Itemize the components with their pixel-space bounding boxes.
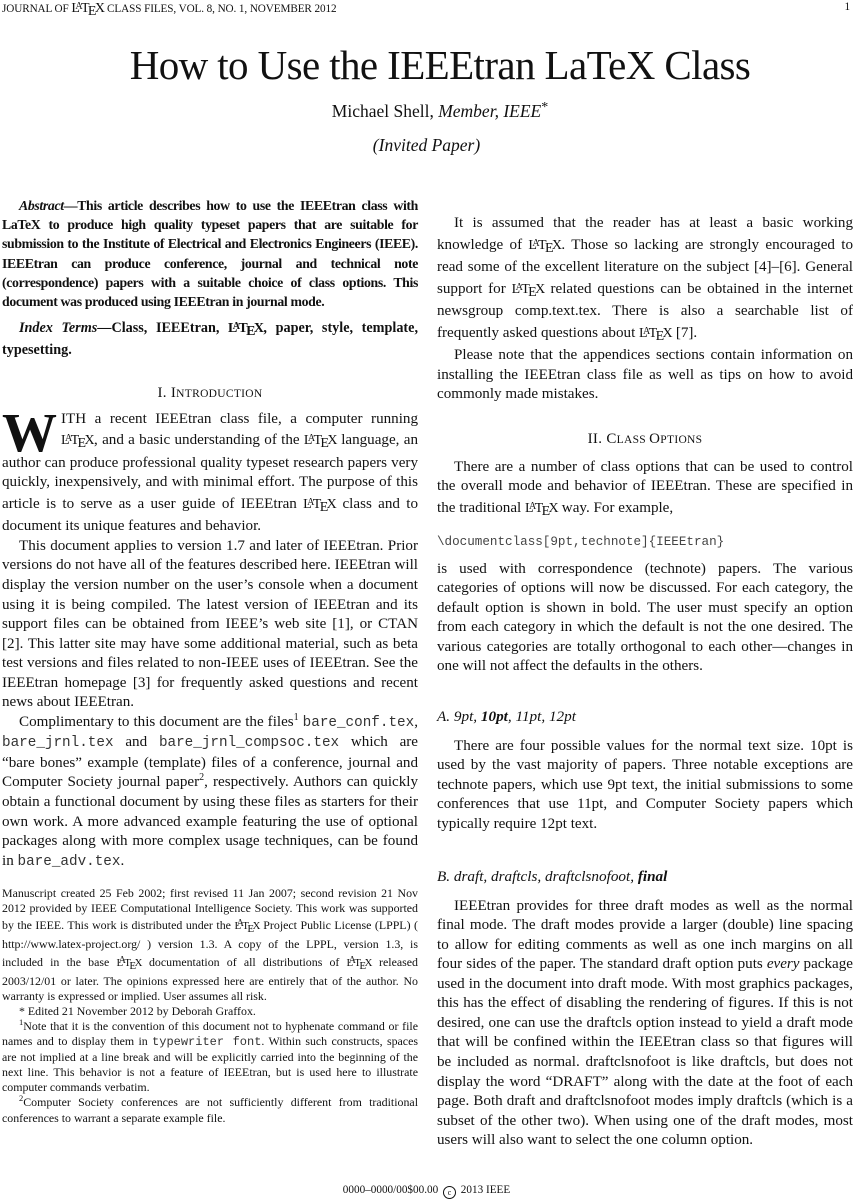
- filename: bare_jrnl.tex: [2, 735, 114, 751]
- running-head: JOURNAL OF LATEX CLASS FILES, VOL. 8, NO…: [0, 0, 853, 14]
- class-options-paragraph-2: is used with correspondence (technote) p…: [437, 560, 853, 677]
- page-number: 1: [845, 0, 851, 14]
- index-terms: Index Terms—Class, IEEEtran, LATEX, pape…: [2, 317, 418, 360]
- abstract-text: This article describes how to use the IE…: [2, 198, 418, 309]
- footer-code: 0000–0000/00$00.00: [343, 1184, 441, 1196]
- invited-paper-note: (Invited Paper): [0, 134, 853, 156]
- intro-paragraph-2: This document applies to version 1.7 and…: [2, 537, 418, 713]
- journal-name: JOURNAL OF LATEX CLASS FILES, VOL. 8, NO…: [2, 0, 336, 19]
- paper-title: How to Use the IEEEtran LaTeX Class: [0, 40, 853, 90]
- author-affiliation: Member, IEEE: [438, 101, 541, 121]
- footnote-ref-1[interactable]: 1: [294, 712, 299, 723]
- latex-logo: LATEX: [116, 957, 141, 969]
- author-footnote-marker: *: [541, 100, 548, 115]
- filename: bare_jrnl_compsoc.tex: [159, 735, 339, 751]
- index-terms-label: Index Terms: [19, 320, 97, 336]
- abstract-label: Abstract: [19, 198, 64, 213]
- footnotes: Manuscript created 25 Feb 2002; first re…: [2, 886, 418, 1125]
- latex-logo: LATEX: [512, 282, 545, 297]
- page-footer: 0000–0000/00$00.00 c 2013 IEEE: [0, 1183, 853, 1199]
- author-line: Michael Shell, Member, IEEE*: [0, 100, 853, 122]
- intro-paragraph-1: WITH a recent IEEEtran class file, a com…: [2, 410, 418, 537]
- latex-logo: LATEX: [525, 501, 558, 516]
- latex-logo: LATEX: [528, 238, 561, 253]
- edited-note: * Edited 21 November 2012 by Deborah Gra…: [2, 1004, 418, 1019]
- draft-paragraph: IEEEtran provides for three draft modes …: [437, 897, 853, 1151]
- class-options-paragraph-1: There are a number of class options that…: [437, 458, 853, 522]
- latex-logo: LATEX: [71, 1, 104, 16]
- code-example: \documentclass[9pt,technote]{IEEEtran}: [437, 534, 853, 550]
- footer-year: 2013 IEEE: [458, 1184, 510, 1196]
- intro-paragraph-3: Complimentary to this document are the f…: [2, 713, 418, 872]
- latex-logo: LATEX: [304, 433, 337, 448]
- filename: bare_adv.tex: [18, 854, 121, 870]
- section-heading-class-options: II. CLASS OPTIONS: [437, 429, 853, 450]
- latex-logo: LATEX: [228, 321, 263, 336]
- right-intro-paragraph-1: It is assumed that the reader has at lea…: [437, 214, 853, 346]
- author-name: Michael Shell,: [332, 101, 438, 121]
- latex-logo: LATEX: [303, 497, 336, 512]
- filename: bare_conf.tex: [303, 715, 415, 731]
- latex-logo: LATEX: [639, 326, 672, 341]
- footnote-2: 2Computer Society conferences are not su…: [2, 1095, 418, 1125]
- drop-cap: W: [2, 413, 57, 453]
- copyright-icon: c: [443, 1186, 456, 1199]
- section-heading-introduction: I. INTRODUCTION: [2, 383, 418, 404]
- right-column: It is assumed that the reader has at lea…: [437, 214, 853, 1151]
- abstract: Abstract—This article describes how to u…: [2, 196, 418, 311]
- footnote-1: 1Note that it is the convention of this …: [2, 1019, 418, 1095]
- latex-logo: LATEX: [234, 920, 259, 932]
- right-intro-paragraph-2: Please note that the appendices sections…: [437, 346, 853, 405]
- left-column: Abstract—This article describes how to u…: [2, 196, 418, 1126]
- text-size-paragraph: There are four possible values for the n…: [437, 737, 853, 835]
- latex-logo: LATEX: [347, 957, 372, 969]
- manuscript-note: Manuscript created 25 Feb 2002; first re…: [2, 886, 418, 1004]
- subsection-heading-text-size: A. 9pt, 10pt, 11pt, 12pt: [437, 707, 853, 727]
- latex-logo: LATEX: [61, 433, 94, 448]
- subsection-heading-draft: B. draft, draftcls, draftclsnofoot, fina…: [437, 867, 853, 887]
